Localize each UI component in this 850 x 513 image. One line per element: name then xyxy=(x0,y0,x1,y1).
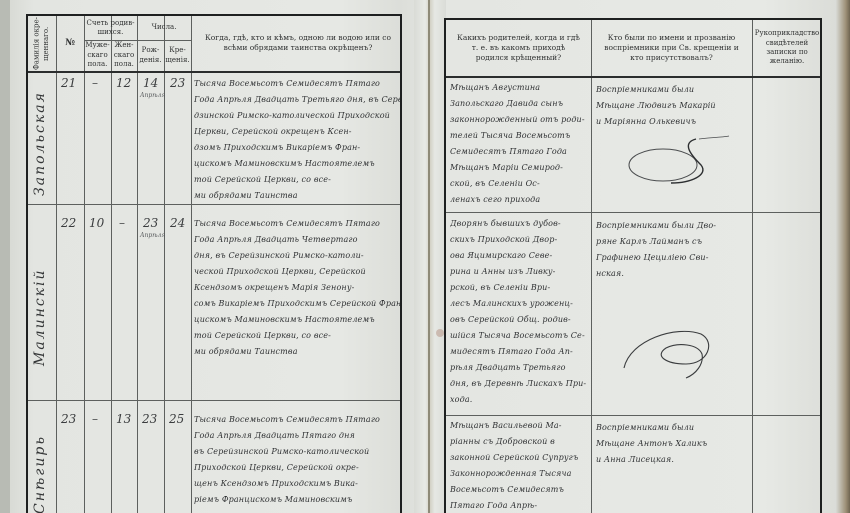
entry-separator xyxy=(28,400,400,401)
entry-parents: Мѣщанъ Августина Запольскаго Давида сынъ… xyxy=(450,80,590,210)
header-male: Муже-скаго пола. xyxy=(84,40,111,71)
entry-surname: Запольская xyxy=(32,76,48,196)
entry-separator xyxy=(446,212,820,213)
right-page-register-table: Какихъ родителей, когда и гдѣ т. е. въ к… xyxy=(444,18,822,513)
priest-flourish-signature xyxy=(616,320,726,380)
entry-baptism-record: Тысяча Восемьсотъ Семидесятъ Пятаго Года… xyxy=(194,76,400,204)
entry-birth-month: Апрѣля xyxy=(140,92,165,99)
header-bottom-rule xyxy=(446,76,820,78)
entry-godparents: Воспрiемниками были Мѣщане Людвигъ Макар… xyxy=(596,82,751,134)
header-bottom-rule xyxy=(28,71,400,73)
header-when-where: Когда, гдѣ, кто и кѣмъ, одною ли водою и… xyxy=(198,20,398,66)
column-rule xyxy=(111,16,112,513)
column-rule xyxy=(84,16,85,513)
entry-baptism-date: 24 xyxy=(170,216,185,230)
gutter-crease xyxy=(428,0,430,513)
entry-separator xyxy=(446,415,820,416)
page-edge-right xyxy=(836,0,850,513)
entry-female: – xyxy=(119,216,125,230)
entry-birth-month: Апрѣля xyxy=(140,232,165,239)
column-rule xyxy=(591,20,592,513)
entry-number: 21 xyxy=(61,76,76,90)
column-rule xyxy=(56,16,57,513)
entry-male: – xyxy=(92,76,98,90)
left-page-register-table: Фамилiя окре-щеннаго. № Счеть родив-шихс… xyxy=(26,14,402,513)
entry-female: 12 xyxy=(116,76,131,90)
book-gutter xyxy=(414,0,446,513)
entry-godparents: Воспрiемниками были Дво- ряне Карлъ Лайм… xyxy=(596,218,751,286)
entry-parents: Дворянъ бывшихъ дубов- скихъ Приходской … xyxy=(450,216,590,414)
entry-baptism-record: Тысяча Восемьсотъ Семидесятъ Пятаго Года… xyxy=(194,412,400,513)
entry-male: 10 xyxy=(89,216,104,230)
document-spread: Фамилiя окре-щеннаго. № Счеть родив-шихс… xyxy=(0,0,850,513)
header-surname: Фамилiя окре-щеннаго. xyxy=(28,16,56,71)
header-birth-date: Рож-денiя. xyxy=(137,40,164,71)
entry-birth-date: 23 xyxy=(143,216,158,230)
column-rule xyxy=(752,20,753,513)
entry-birth-date: 23 xyxy=(142,412,157,426)
entry-number: 23 xyxy=(61,412,76,426)
header-witness-signatures: Рукоприкладство свидѣтелей записки по же… xyxy=(752,20,822,76)
header-baptism-date: Кре-щенiя. xyxy=(164,40,191,71)
column-rule xyxy=(164,16,165,513)
entry-number: 22 xyxy=(61,216,76,230)
entry-female: 13 xyxy=(116,412,131,426)
entry-surname: Снѣгирь xyxy=(32,436,48,513)
header-number: № xyxy=(56,16,84,71)
entry-baptism-record: Тысяча Восемьсотъ Семидесятъ Пятаго Года… xyxy=(194,216,400,366)
column-rule xyxy=(191,16,192,513)
column-rule xyxy=(137,16,138,513)
entry-male: – xyxy=(92,412,98,426)
header-birth-count: Счеть родив-шихся. xyxy=(84,16,137,40)
entry-separator xyxy=(28,204,400,205)
header-female: Жен-скаго пола. xyxy=(111,40,137,71)
entry-godparents: Воспрiемниками были Мѣщане Антонъ Халикъ… xyxy=(596,420,751,472)
priest-flourish-signature xyxy=(621,135,731,195)
entry-baptism-date: 25 xyxy=(169,412,184,426)
entry-parents: Мѣщанъ Васильевой Ма- рiанны съ Добровск… xyxy=(450,418,590,513)
header-parents: Какихъ родителей, когда и гдѣ т. е. въ к… xyxy=(446,20,591,76)
header-dates: Числа. xyxy=(137,16,191,40)
entry-birth-date: 14 xyxy=(143,76,158,90)
paper-stain xyxy=(436,329,444,337)
entry-baptism-date: 23 xyxy=(170,76,185,90)
entry-surname: Малинскiй xyxy=(32,216,48,366)
page-edge-left xyxy=(0,0,10,513)
header-godparents: Кто были по имени и прозванiю воспрiемни… xyxy=(591,20,752,76)
